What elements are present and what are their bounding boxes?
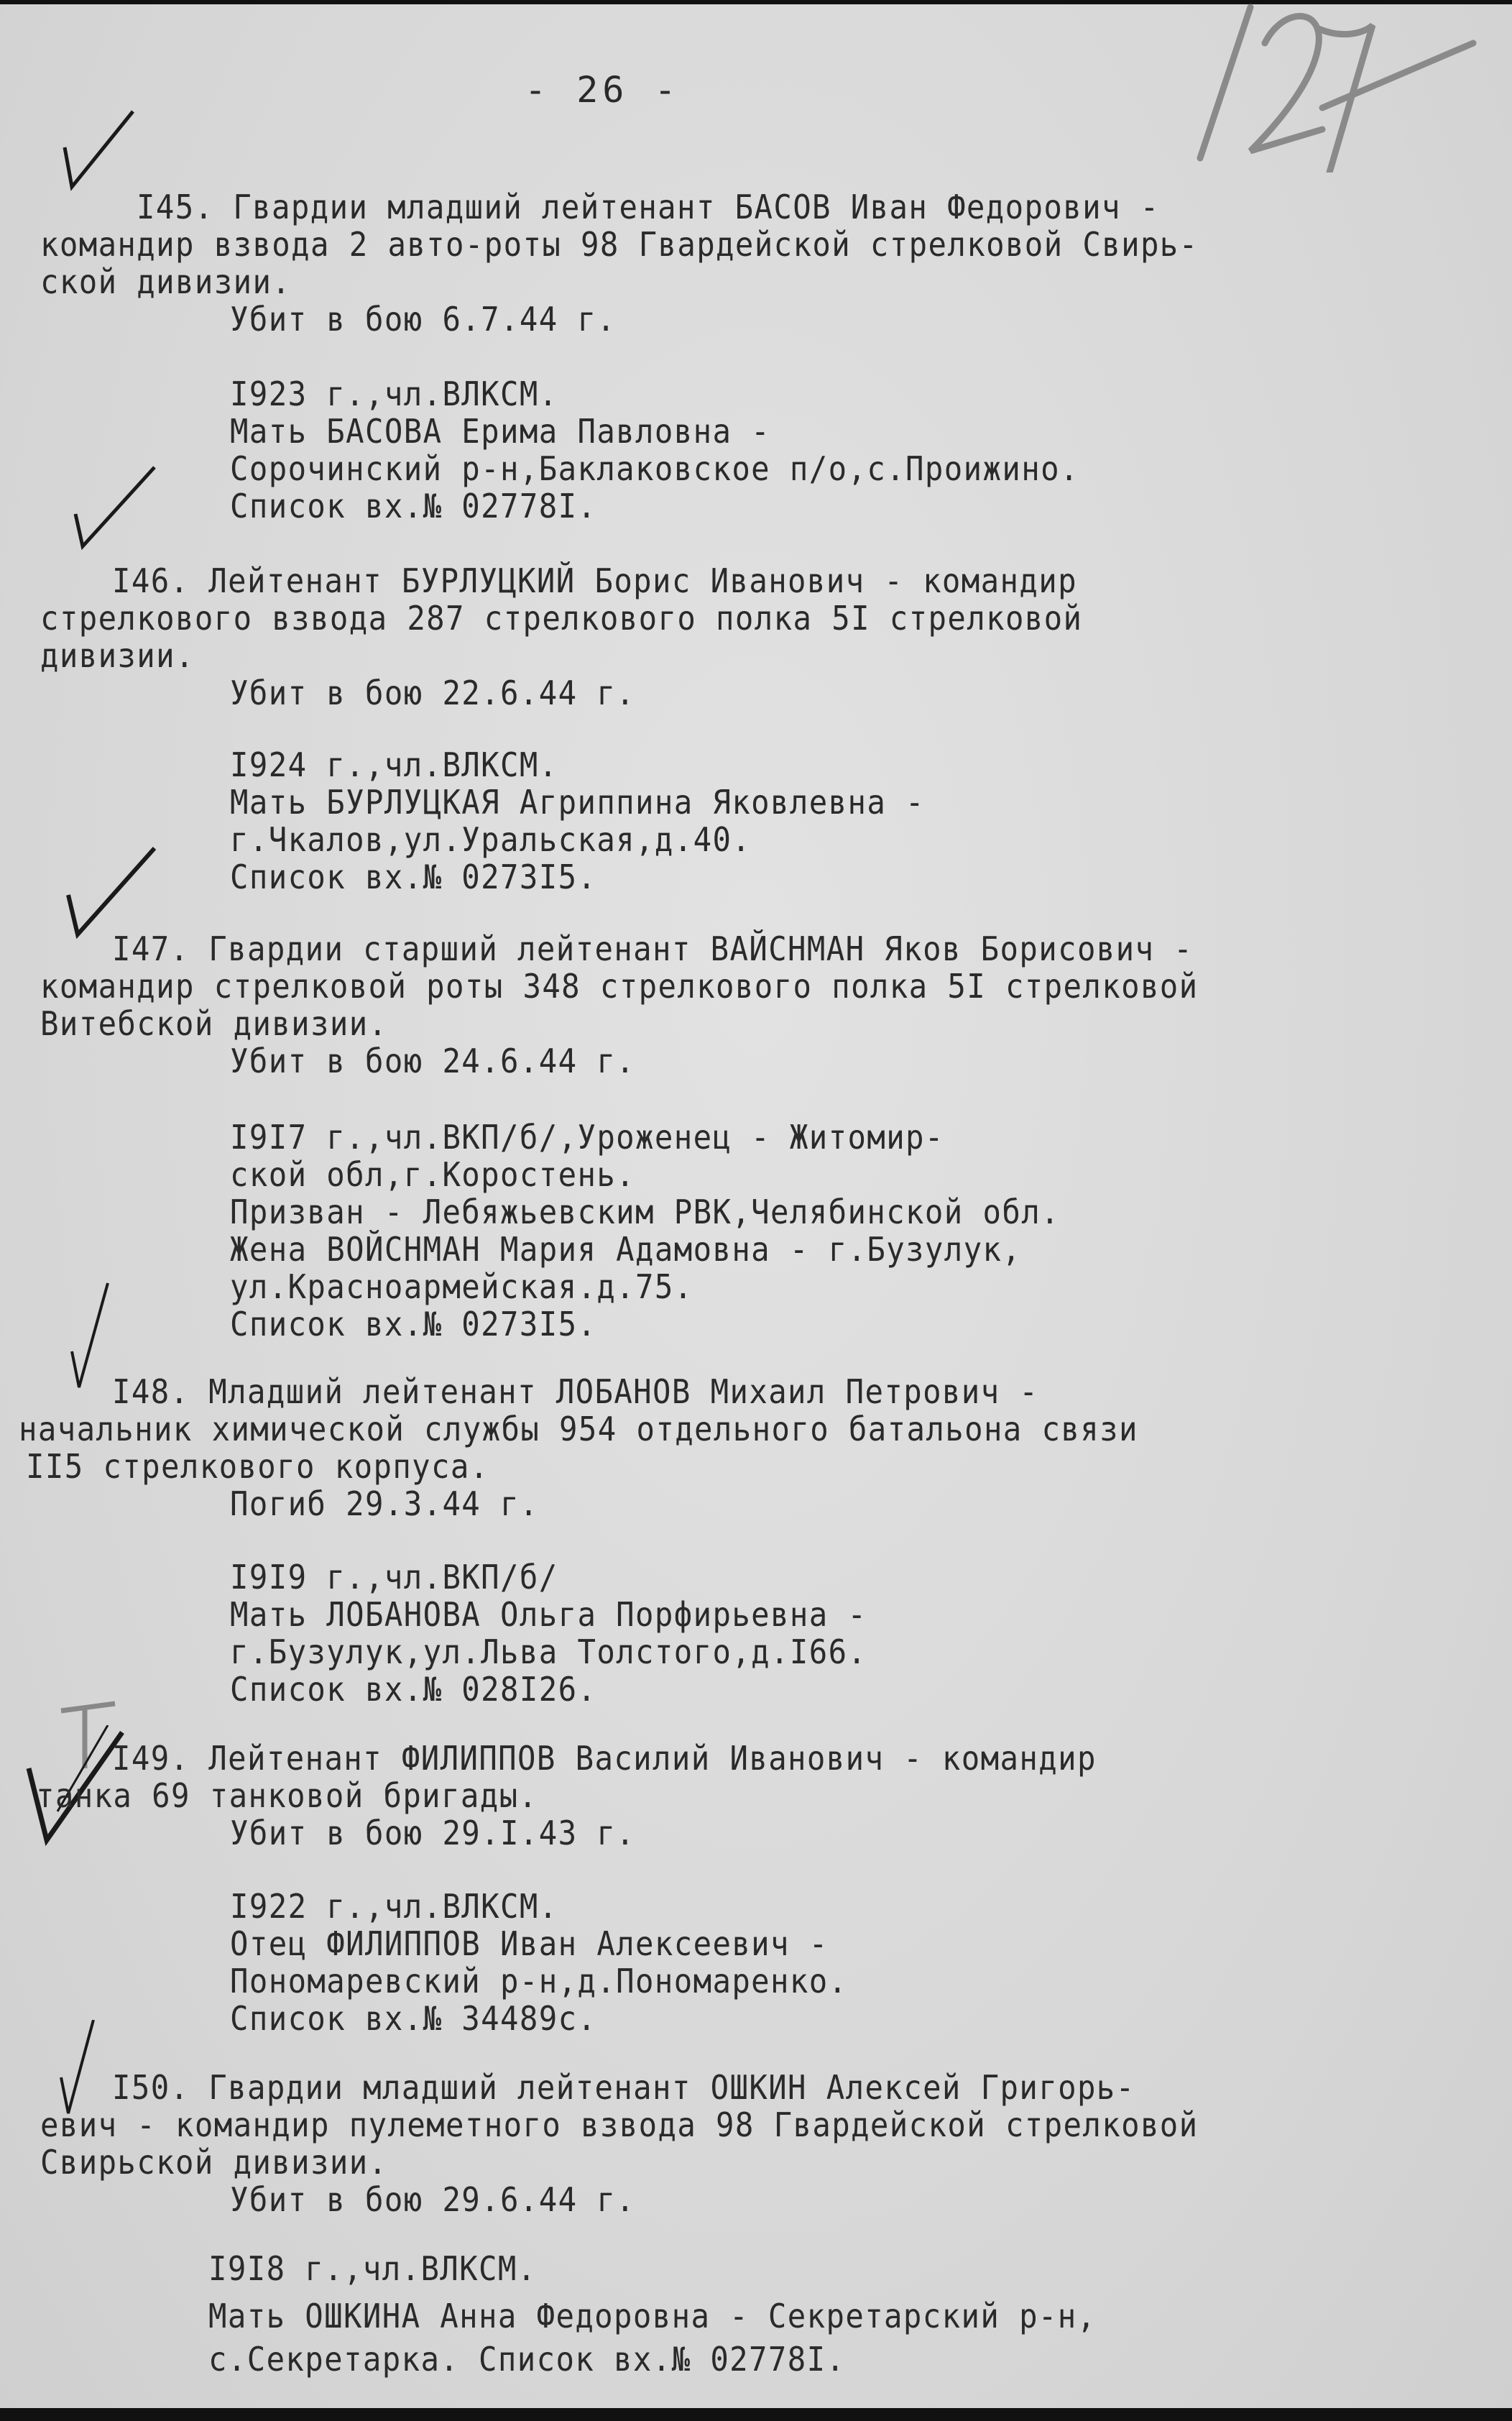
handwritten-sheet-number xyxy=(1157,0,1488,173)
entry-145-address: Сорочинский р-н,Баклаковское п/о,с.Проиж… xyxy=(230,450,1079,487)
scan-bottom-border xyxy=(0,2408,1512,2421)
entry-145-birth: I923 г.,чл.ВЛКСМ. xyxy=(230,375,558,413)
entry-149-birth: I922 г.,чл.ВЛКСМ. xyxy=(230,1888,558,1925)
entry-147-address: ул.Красноармейская.д.75. xyxy=(230,1268,693,1305)
entry-146-address: г.Чкалов,ул.Уральская,д.40. xyxy=(230,821,751,858)
entry-149-address: Пономаревский р-н,д.Пономаренко. xyxy=(230,1962,847,2000)
entry-147-death: Убит в бою 24.6.44 г. xyxy=(230,1042,635,1080)
entry-146-unit-cont: дивизии. xyxy=(40,637,195,674)
page-number: - 26 - xyxy=(525,69,681,111)
entry-147-drafted: Призван - Лебяжьевским РВК,Челябинской о… xyxy=(230,1193,1060,1231)
entry-149-unit: танка 69 танковой бригады. xyxy=(36,1777,538,1814)
entry-147-birthplace: ской обл,г.Коростень. xyxy=(230,1156,635,1193)
entry-150-unit: евич - командир пулеметного взвода 98 Гв… xyxy=(40,2106,1199,2144)
entry-148-unit: начальник химической службы 954 отдельно… xyxy=(19,1410,1138,1448)
entry-147-list: Список вх.№ 0273I5. xyxy=(230,1305,596,1343)
entry-149-death: Убит в бою 29.I.43 г. xyxy=(230,1814,635,1852)
entry-146-heading: I46. Лейтенант БУРЛУЦКИЙ Борис Иванович … xyxy=(112,562,1077,599)
entry-149-list: Список вх.№ 34489с. xyxy=(230,2000,596,2037)
entry-145-death: Убит в бою 6.7.44 г. xyxy=(230,300,616,338)
entry-146-list: Список вх.№ 0273I5. xyxy=(230,858,596,896)
check-icon xyxy=(57,841,158,942)
entry-148-relative: Мать ЛОБАНОВА Ольга Порфирьевна - xyxy=(230,1596,867,1633)
entry-147-unit-cont: Витебской дивизии. xyxy=(40,1005,387,1042)
entry-149-heading: I49. Лейтенант ФИЛИППОВ Василий Иванович… xyxy=(112,1740,1097,1777)
entry-147-heading: I47. Гвардии старший лейтенант ВАЙСНМАН … xyxy=(112,930,1193,968)
entry-145-unit: командир взвода 2 авто-роты 98 Гвардейск… xyxy=(40,226,1199,263)
entry-146-relative: Мать БУРЛУЦКАЯ Агриппина Яковлевна - xyxy=(230,784,925,821)
entry-145-list: Список вх.№ 02778I. xyxy=(230,487,596,525)
entry-150-relative-address: Мать ОШКИНА Анна Федоровна - Секретарски… xyxy=(208,2297,1097,2335)
entry-148-heading: I48. Младший лейтенант ЛОБАНОВ Михаил Пе… xyxy=(112,1373,1038,1410)
entry-146-death: Убит в бою 22.6.44 г. xyxy=(230,674,635,712)
entry-150-address-list: с.Секретарка. Список вх.№ 02778I. xyxy=(208,2340,845,2378)
entry-145-relative: Мать БАСОВА Ерима Павловна - xyxy=(230,413,770,450)
entry-145-unit-cont: ской дивизии. xyxy=(40,263,291,300)
entry-150-unit-cont: Свирьской дивизии. xyxy=(40,2144,387,2181)
entry-148-death: Погиб 29.3.44 г. xyxy=(230,1485,539,1522)
check-icon xyxy=(50,108,144,201)
entry-147-relative: Жена ВОЙСНМАН Мария Адамовна - г.Бузулук… xyxy=(230,1231,1021,1268)
check-icon xyxy=(57,1280,115,1395)
entry-149-relative: Отец ФИЛИППОВ Иван Алексеевич - xyxy=(230,1925,829,1962)
check-icon xyxy=(65,460,158,553)
entry-150-heading: I50. Гвардии младший лейтенант ОШКИН Але… xyxy=(112,2069,1135,2106)
entry-146-birth: I924 г.,чл.ВЛКСМ. xyxy=(230,746,558,784)
entry-148-address: г.Бузулук,ул.Льва Толстого,д.I66. xyxy=(230,1633,867,1671)
entry-145-heading: I45. Гвардии младший лейтенант БАСОВ Ива… xyxy=(137,188,1160,226)
entry-148-birth: I9I9 г.,чл.ВКП/б/ xyxy=(230,1558,558,1596)
entry-148-unit-cont: II5 стрелкового корпуса. xyxy=(26,1448,489,1485)
entry-148-list: Список вх.№ 028I26. xyxy=(230,1671,596,1708)
entry-150-death: Убит в бою 29.6.44 г. xyxy=(230,2181,635,2218)
entry-147-birth: I9I7 г.,чл.ВКП/б/,Уроженец - Житомир- xyxy=(230,1118,944,1156)
entry-147-unit: командир стрелковой роты 348 стрелкового… xyxy=(40,968,1199,1005)
entry-150-birth: I9I8 г.,чл.ВЛКСМ. xyxy=(208,2250,537,2287)
entry-146-unit: стрелкового взвода 287 стрелкового полка… xyxy=(40,599,1082,637)
